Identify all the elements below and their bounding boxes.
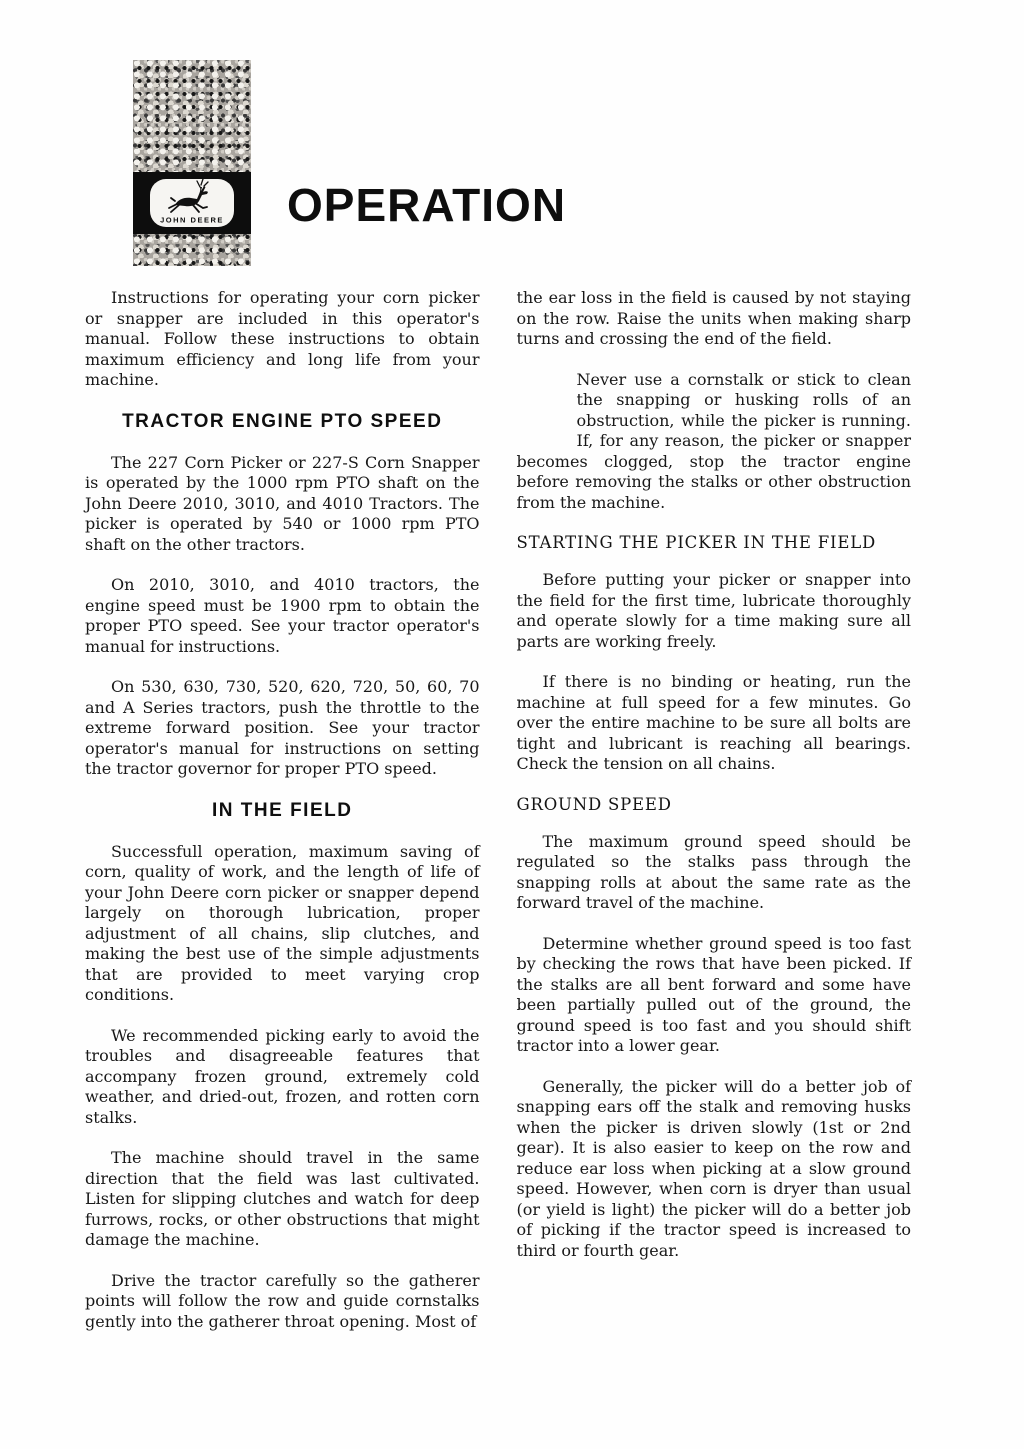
section-heading-in-the-field: IN THE FIELD xyxy=(85,800,480,822)
section-heading-starting-the-picker: STARTING THE PICKER IN THE FIELD xyxy=(517,533,912,552)
paragraph-series-tractors: On 530, 630, 730, 520, 620, 720, 50, 60,… xyxy=(85,677,480,780)
left-column: Instructions for operating your corn pic… xyxy=(85,288,480,1352)
right-column: the ear loss in the field is caused by n… xyxy=(517,288,912,1352)
paragraph-before-first-time: Before putting your picker or snapper in… xyxy=(517,570,912,652)
section-heading-tractor-engine-pto-speed: TRACTOR ENGINE PTO SPEED xyxy=(85,411,480,433)
paragraph-227-picker: The 227 Corn Picker or 227-S Corn Snappe… xyxy=(85,453,480,556)
page-body: Instructions for operating your corn pic… xyxy=(85,288,911,1352)
paragraph-ear-loss: the ear loss in the field is caused by n… xyxy=(517,288,912,350)
paragraph-never-clean-text: Never use a cornstalk or stick to clean … xyxy=(517,370,912,512)
paragraph-successful-operation: Successfull operation, maximum saving of… xyxy=(85,842,480,1006)
john-deere-deer-icon: JOHN DEERE xyxy=(133,172,251,234)
manual-page: JOHN DEERE OPERATION Instructions for op… xyxy=(0,0,1024,1449)
logo-brand-text: JOHN DEERE xyxy=(160,216,224,225)
paragraph-picking-early: We recommended picking early to avoid th… xyxy=(85,1026,480,1129)
john-deere-logo: JOHN DEERE xyxy=(133,60,251,266)
paragraph-never-clean-warning: Never use a cornstalk or stick to clean … xyxy=(517,370,912,514)
section-heading-ground-speed: GROUND SPEED xyxy=(517,795,912,814)
paragraph-generally-better-job: Generally, the picker will do a better j… xyxy=(517,1077,912,1262)
paragraph-maximum-ground-speed: The maximum ground speed should be regul… xyxy=(517,832,912,914)
paragraph-travel-direction: The machine should travel in the same di… xyxy=(85,1148,480,1251)
paragraph-engine-speed: On 2010, 3010, and 4010 tractors, the en… xyxy=(85,575,480,657)
paragraph-determine-speed: Determine whether ground speed is too fa… xyxy=(517,934,912,1057)
hanging-indent-spacer xyxy=(517,370,577,432)
paragraph-intro: Instructions for operating your corn pic… xyxy=(85,288,480,391)
paragraph-no-binding: If there is no binding or heating, run t… xyxy=(517,672,912,775)
paragraph-drive-carefully: Drive the tractor carefully so the gathe… xyxy=(85,1271,480,1333)
page-title: OPERATION xyxy=(287,178,566,232)
